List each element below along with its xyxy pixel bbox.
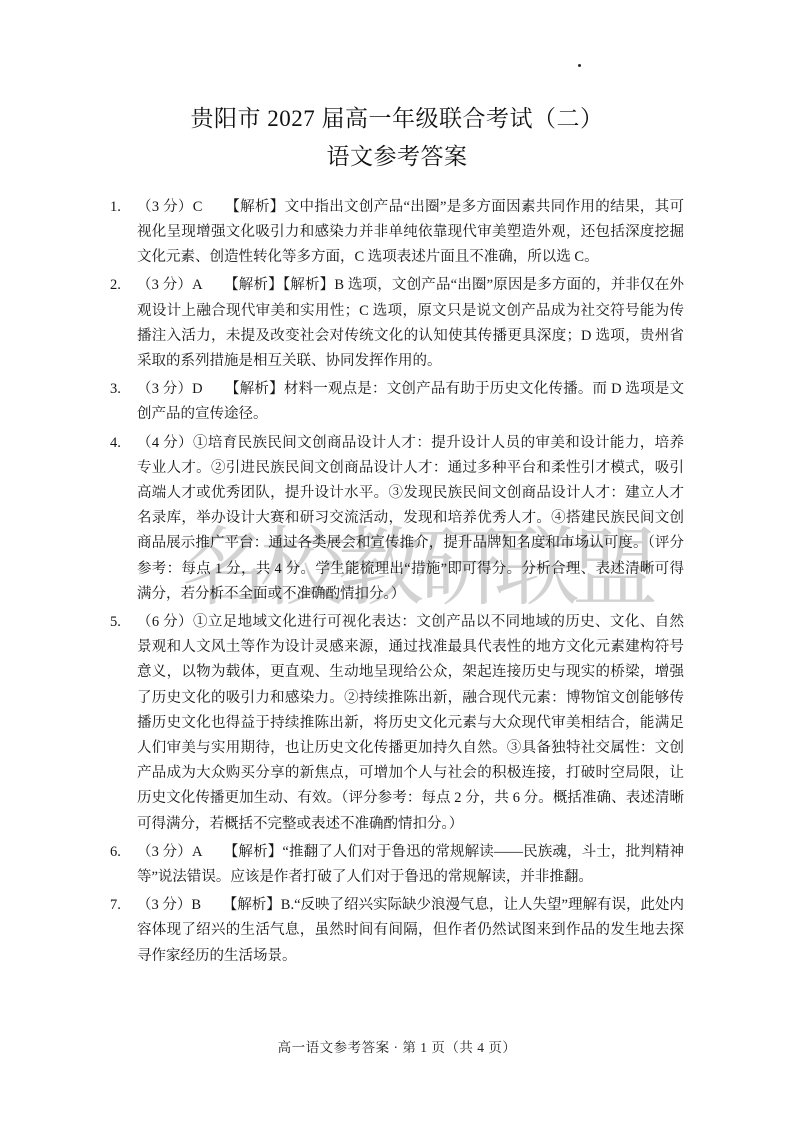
exam-title: 贵阳市 2027 届高一年级联合考试（二） bbox=[110, 102, 684, 135]
answer-item-4: 4. （4 分）①培育民族民间文创商品设计人才：提升设计人员的审美和设计能力，培… bbox=[110, 431, 684, 607]
answer-item-2: 2. （3 分）A 【解析】【解析】B 选项，文创产品“出圈”原因是多方面的，并… bbox=[110, 273, 684, 374]
answer-item-7: 7. （3 分）B 【解析】B.“反映了绍兴实际缺少浪漫气息，让人失望”理解有误… bbox=[110, 893, 684, 969]
answer-content: （3 分）A 【解析】【解析】B 选项，文创产品“出圈”原因是多方面的，并非仅在… bbox=[137, 277, 684, 369]
answer-content: （3 分）C 【解析】文中指出文创产品“出圈”是多方面因素共同作用的结果，其可视… bbox=[137, 199, 684, 265]
answer-item-3: 3. （3 分）D 【解析】材料一观点是：文创产品有助于历史文化传播。而 D 选… bbox=[110, 377, 684, 427]
answer-list: 1. （3 分）C 【解析】文中指出文创产品“出圈”是多方面因素共同作用的结果，… bbox=[110, 195, 684, 969]
answer-content: （3 分）A 【解析】“推翻了人们对于鲁迅的常规解读——民族魂，斗士，批判精神等… bbox=[137, 844, 684, 885]
answer-number: 5. bbox=[110, 610, 121, 635]
answer-number: 2. bbox=[110, 273, 121, 298]
answer-content: （6 分）①立足地域文化进行可视化表达：文创产品以不同地域的历史、文化、自然景观… bbox=[137, 614, 684, 832]
answer-number: 3. bbox=[110, 377, 121, 402]
answer-content: （4 分）①培育民族民间文创商品设计人才：提升设计人员的审美和设计能力，培养专业… bbox=[137, 435, 684, 602]
answer-number: 4. bbox=[110, 431, 121, 456]
answer-number: 6. bbox=[110, 840, 121, 865]
answer-number: 7. bbox=[110, 893, 121, 918]
answer-content: （3 分）D 【解析】材料一观点是：文创产品有助于历史文化传播。而 D 选项是文… bbox=[137, 381, 684, 422]
page-footer: 高一语文参考答案 · 第 1 页（共 4 页） bbox=[0, 1036, 794, 1056]
answer-sheet-page: 名校教研联盟 贵阳市 2027 届高一年级联合考试（二） 语文参考答案 1. （… bbox=[0, 0, 794, 1123]
answer-key-subtitle: 语文参考答案 bbox=[110, 140, 684, 173]
answer-number: 1. bbox=[110, 195, 121, 220]
answer-item-1: 1. （3 分）C 【解析】文中指出文创产品“出圈”是多方面因素共同作用的结果，… bbox=[110, 195, 684, 271]
answer-content: （3 分）B 【解析】B.“反映了绍兴实际缺少浪漫气息，让人失望”理解有误，此处… bbox=[137, 897, 684, 963]
answer-item-5: 5. （6 分）①立足地域文化进行可视化表达：文创产品以不同地域的历史、文化、自… bbox=[110, 610, 684, 837]
answer-item-6: 6. （3 分）A 【解析】“推翻了人们对于鲁迅的常规解读——民族魂，斗士，批判… bbox=[110, 840, 684, 890]
document-content: 贵阳市 2027 届高一年级联合考试（二） 语文参考答案 1. （3 分）C 【… bbox=[110, 0, 684, 969]
